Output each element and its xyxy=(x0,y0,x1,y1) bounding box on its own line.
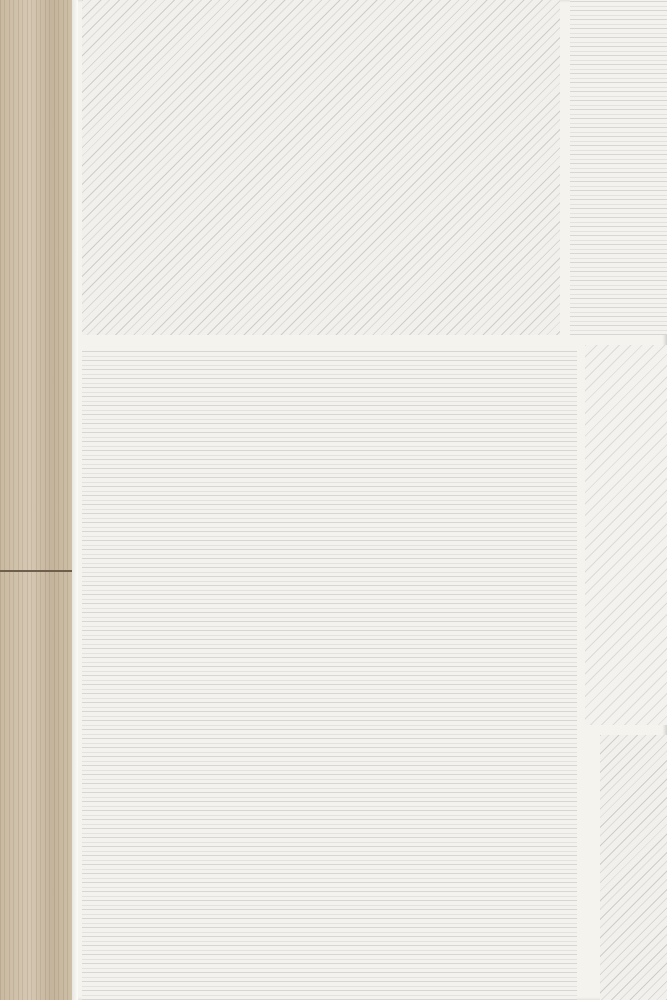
floor-plank-seam xyxy=(0,570,74,572)
rug-panel-diagonal-right xyxy=(585,345,667,725)
rug-panel-horizontal-main xyxy=(82,350,577,1000)
rug-panel-diagonal-bottom-right xyxy=(600,735,667,1000)
rug-panel-horizontal-top-right xyxy=(570,0,667,335)
rug-edge xyxy=(72,0,78,1000)
rug-panel-diagonal-top xyxy=(82,0,560,335)
wood-floor xyxy=(0,0,74,1000)
